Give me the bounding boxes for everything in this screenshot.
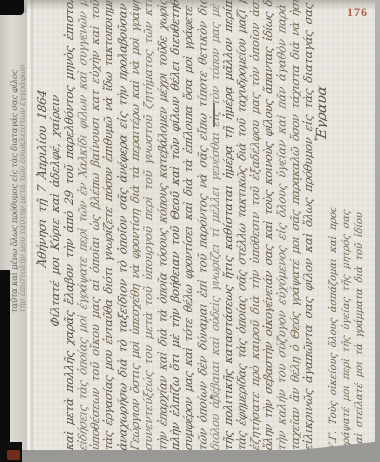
postscript-block: Υ.Γ. Τοὺς οἰκείους ὅλους ἀσπάζομαι καὶ π…: [328, 0, 368, 450]
strip-handwriting-line: τὴν ἐπιστολήν μου ταύτην μετὰ τῶν ἐσωκλε…: [18, 33, 26, 313]
handwriting-line: τὴν ἐπαρχίαν καὶ διὰ τὰ ὁποῖα τόσους κόπ…: [155, 0, 168, 452]
page-fold-crease: [31, 0, 33, 450]
handwriting-line: διόλου ἀβέβαιαι καὶ οὐδεὶς γνωρίζει τί μ…: [208, 0, 221, 451]
handwriting-line: τὰς ἐφημερίδας τὰς ὁποίας σᾶς στέλλω τακ…: [235, 0, 248, 452]
handwriting-line: ὑποθέσεων τοῦ οἴκου μας αἱ ὁποῖαι ὡς βλέ…: [88, 0, 101, 451]
letter-body: καὶ μετὰ πολλῆς χαρᾶς ἔλαβον τὴν ἀπὸ 29 …: [62, 0, 315, 450]
previous-page-handwriting: ταῦτα καὶ μένω ὅλως πρόθυμος εἰς τὰς δια…: [10, 33, 26, 313]
postscript-line: καὶ στείλατέ μοι τὰ γράμματα διὰ τοῦ ἰδί…: [354, 207, 367, 451]
handwriting-line: ἀναχωρήσω διὰ τὸ ταξείδιον τὸ ὁποῖον σᾶς…: [115, 0, 128, 452]
ink-spot: [300, 178, 302, 180]
page-left-edge-highlight: [27, 0, 30, 450]
handwriting-line: τῶν ὁποίων δὲν δύναμαι ἐπὶ τοῦ παρόντος …: [195, 0, 208, 452]
handwriting-line: ὅλην τὴν σεβαστὴν οἰκογένειάν σας καὶ το…: [261, 0, 274, 451]
postscript-line: Υ.Γ. Τοὺς οἰκείους ὅλους ἀσπάζομαι καὶ π…: [328, 207, 341, 451]
binding-red-patch: [7, 450, 20, 460]
handwriting-line: εἰδήσεις τὰς ὁποίας μοὶ ἐγράψατε περὶ τῶ…: [75, 0, 88, 452]
ink-spot: [95, 428, 97, 430]
strip-handwriting-line: ταῦτα καὶ μένω ὅλως πρόθυμος εἰς τὰς δια…: [10, 33, 18, 313]
ink-underline-mark: [213, 103, 215, 127]
handwriting-line: εἰλικρινῶς ἀγαπῶντα σας φίλον καὶ ὅλως π…: [301, 0, 314, 451]
handwriting-line: Γεώργιον ὅστις μοὶ ὑπεσχέθη νὰ φροντίσῃ …: [128, 0, 141, 451]
handwriting-line: πλὴν ἐλπίζω ὅτι μὲ τὴν βοήθειαν τοῦ Θεοῦ…: [168, 0, 181, 451]
handwriting-line: συνεντεύξεώς του μετὰ τοῦ ὑπουργοῦ περὶ …: [141, 0, 154, 451]
postscript-line: γράψατέ μοι περὶ τῆς ὑγείας τῆς μητρός σ…: [341, 207, 354, 451]
letter-page: 176 Ἀθήνησι τῇ 7 Ἀπριλίου 1864 Φίλτατέ μ…: [27, 0, 375, 450]
handwriting-line: καὶ μετὰ πολλῆς χαρᾶς ἔλαβον τὴν ἀπὸ 29 …: [62, 0, 75, 451]
handwriting-line: τὴν καλήν του σύζυγον εὐχόμενος εἰς ὅλου…: [275, 0, 288, 452]
handwriting-line: συμφέρον μας καὶ τότε θέλω φροντίσει καὶ…: [181, 0, 194, 451]
signature-line: Ἔγραυα: [314, 0, 327, 451]
date-line: Ἀθήνησι τῇ 7 Ἀπριλίου 1864: [35, 0, 48, 451]
scan-black-corner-top-left: [0, 0, 24, 15]
handwriting-line: τῆς πολιτικῆς καταστάσεως ἥτις καθίστατα…: [221, 0, 234, 451]
handwriting-block: Ἀθήνησι τῇ 7 Ἀπριλίου 1864 Φίλτατέ μοι Κ…: [35, 0, 369, 450]
scanned-letter-screenshot: ταῦτα καὶ μένω ὅλως πρόθυμος εἰς τὰς δια…: [0, 0, 380, 462]
handwriting-line: ἐζητήσατε πρὸ καιροῦ διὰ τὴν ὑπόθεσιν το…: [248, 0, 261, 451]
handwriting-line: ταχεῖαν ἂν θέλῃ ὁ Θεός γράψατέ μοι σᾶς π…: [288, 0, 301, 451]
ink-spot: [210, 396, 213, 399]
greeting-line: Φίλτατέ μοι Κύριε καὶ ἀδελφέ, χαίρειν: [48, 0, 61, 451]
handwriting-line: τὰς ἐργασίας μου ἐνταῦθα διότι γνωρίζετε…: [101, 0, 114, 451]
scan-black-edge-left: [0, 270, 10, 462]
